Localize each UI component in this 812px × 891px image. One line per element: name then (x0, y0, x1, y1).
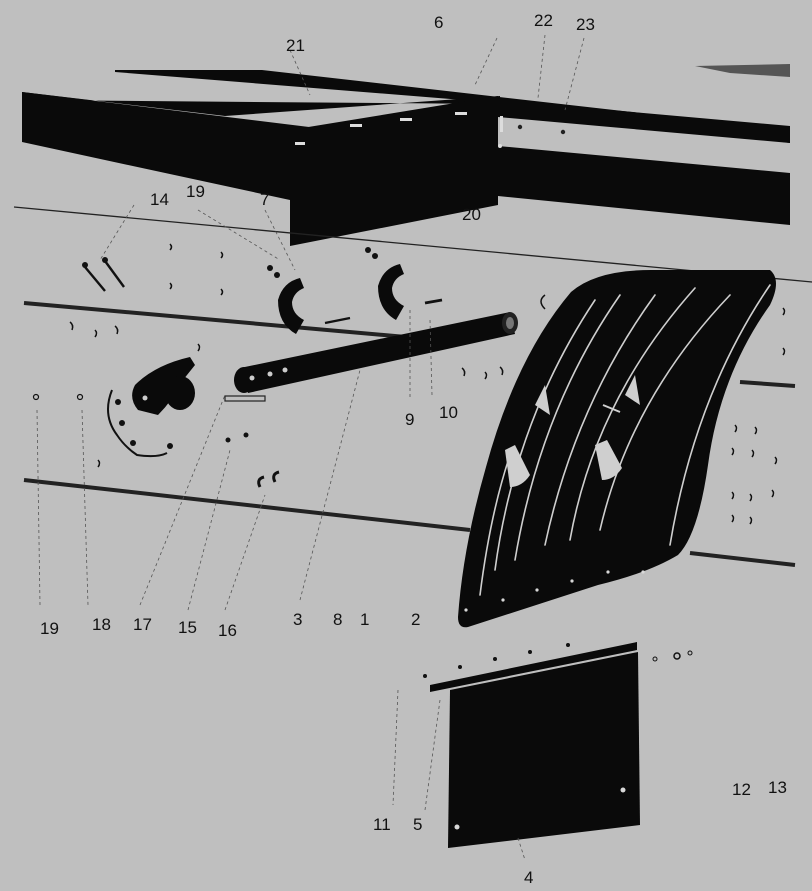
callout-15: 15 (178, 618, 197, 637)
callout-8: 8 (333, 610, 342, 629)
callout-19-top: 19 (186, 182, 205, 201)
callout-4: 4 (524, 868, 533, 887)
callout-16: 16 (218, 621, 237, 640)
callout-11: 11 (373, 815, 391, 834)
callout-9: 9 (405, 410, 414, 429)
callout-7: 7 (260, 190, 269, 209)
callout-23: 23 (576, 15, 595, 34)
callout-20: 20 (462, 205, 481, 224)
parts-diagram: 1 2 3 4 5 6 7 8 9 10 11 12 13 14 15 16 1… (0, 0, 812, 891)
callout-5: 5 (413, 815, 422, 834)
callout-2: 2 (411, 610, 420, 629)
callout-12: 12 (732, 780, 751, 799)
callout-13: 13 (768, 778, 787, 797)
callout-6: 6 (434, 13, 443, 32)
callout-17: 17 (133, 615, 152, 634)
callout-10: 10 (439, 403, 458, 422)
callout-22: 22 (534, 11, 553, 30)
diagram-canvas: 1 2 3 4 5 6 7 8 9 10 11 12 13 14 15 16 1… (0, 0, 812, 891)
callout-19-bottom: 19 (40, 619, 59, 638)
callout-18: 18 (92, 615, 111, 634)
callout-21: 21 (286, 36, 305, 55)
callout-14: 14 (150, 190, 169, 209)
callout-3: 3 (293, 610, 302, 629)
mud-flap (423, 642, 692, 848)
callout-1: 1 (360, 610, 369, 629)
